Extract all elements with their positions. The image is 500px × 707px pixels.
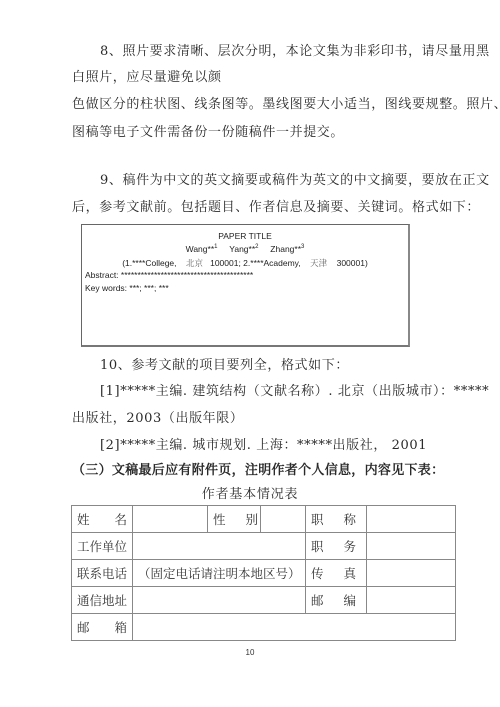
table-row: 姓 名 性 别 职 称 [72,506,456,533]
sample-keywords: Key words: ***; ***; *** [85,283,169,293]
value-work-unit[interactable] [133,533,306,560]
item8-line4: 图稿等电子文件需备份一份随稿件一并提交。 [72,121,344,140]
value-name[interactable] [133,506,208,533]
author-1: Wang** [186,244,215,254]
item8-line2: 白照片，应尽量避免以颜 [72,66,222,85]
author-3: Zhang** [270,244,301,254]
label-address: 通信地址 [72,587,133,614]
table-row: 通信地址 邮 编 [72,587,456,614]
item8-line1: 8、照片要求清晰、层次分明，本论文集为非彩印书，请尽量用黑 [100,40,490,59]
item9-line2: 后，参考文献前。包括题目、作者信息及摘要、关键词。格式如下： [72,196,480,215]
table-caption: 作者基本情况表 [0,483,500,502]
label-fax: 传 真 [306,560,367,587]
author-info-table: 姓 名 性 别 职 称 工作单位 职 务 联系电话 （固定电话请注明本地区号） … [71,505,456,641]
sample-abstract-box: PAPER TITLE Wang**1 Yang**2 Zhang**3 (1.… [81,224,410,347]
ref2-line1: [2]*****主编. 城市规划. 上海：*****出版社， 2001 [100,434,427,453]
table-row: 邮 箱 [72,614,456,641]
sample-abstract: Abstract: ******************************… [85,270,253,280]
value-postcode[interactable] [367,587,456,614]
item9-line1: 9、稿件为中文的英文摘要或稿件为英文的中文摘要，要放在正文 [100,169,490,188]
label-position: 职 务 [306,533,367,560]
item10-line1: 10、参考文献的项目要列全，格式如下： [100,354,349,373]
value-phone[interactable]: （固定电话请注明本地区号） [133,560,306,587]
label-title: 职 称 [306,506,367,533]
ref1-line2: 出版社，2003（出版年限） [72,407,243,426]
ref1-line1: [1]*****主编. 建筑结构（文献名称）. 北京（出版城市）：***** [100,380,489,399]
label-name: 姓 名 [72,506,133,533]
table-row: 联系电话 （固定电话请注明本地区号） 传 真 [72,560,456,587]
label-postcode: 邮 编 [306,587,367,614]
sample-authors: Wang**1 Yang**2 Zhang**3 [82,244,408,254]
value-fax[interactable] [367,560,456,587]
author-2: Yang** [229,244,255,254]
label-phone: 联系电话 [72,560,133,587]
label-work-unit: 工作单位 [72,533,133,560]
sample-paper-title: PAPER TITLE [82,231,408,241]
value-address[interactable] [133,587,306,614]
section3-heading: （三）文稿最后应有附件页，注明作者个人信息，内容见下表： [72,459,444,478]
label-email: 邮 箱 [72,614,133,641]
page-number: 10 [0,648,500,657]
value-position[interactable] [367,533,456,560]
item8-line3: 色做区分的柱状图、线条图等。墨线图要大小适当，图线要规整。照片、 [72,93,500,112]
value-title[interactable] [367,506,456,533]
sample-affiliations: (1.****College, 北京 100001; 2.****Academy… [82,257,408,269]
table-row: 工作单位 职 务 [72,533,456,560]
value-email[interactable] [133,614,456,641]
label-gender: 性 别 [208,506,261,533]
value-gender[interactable] [261,506,306,533]
